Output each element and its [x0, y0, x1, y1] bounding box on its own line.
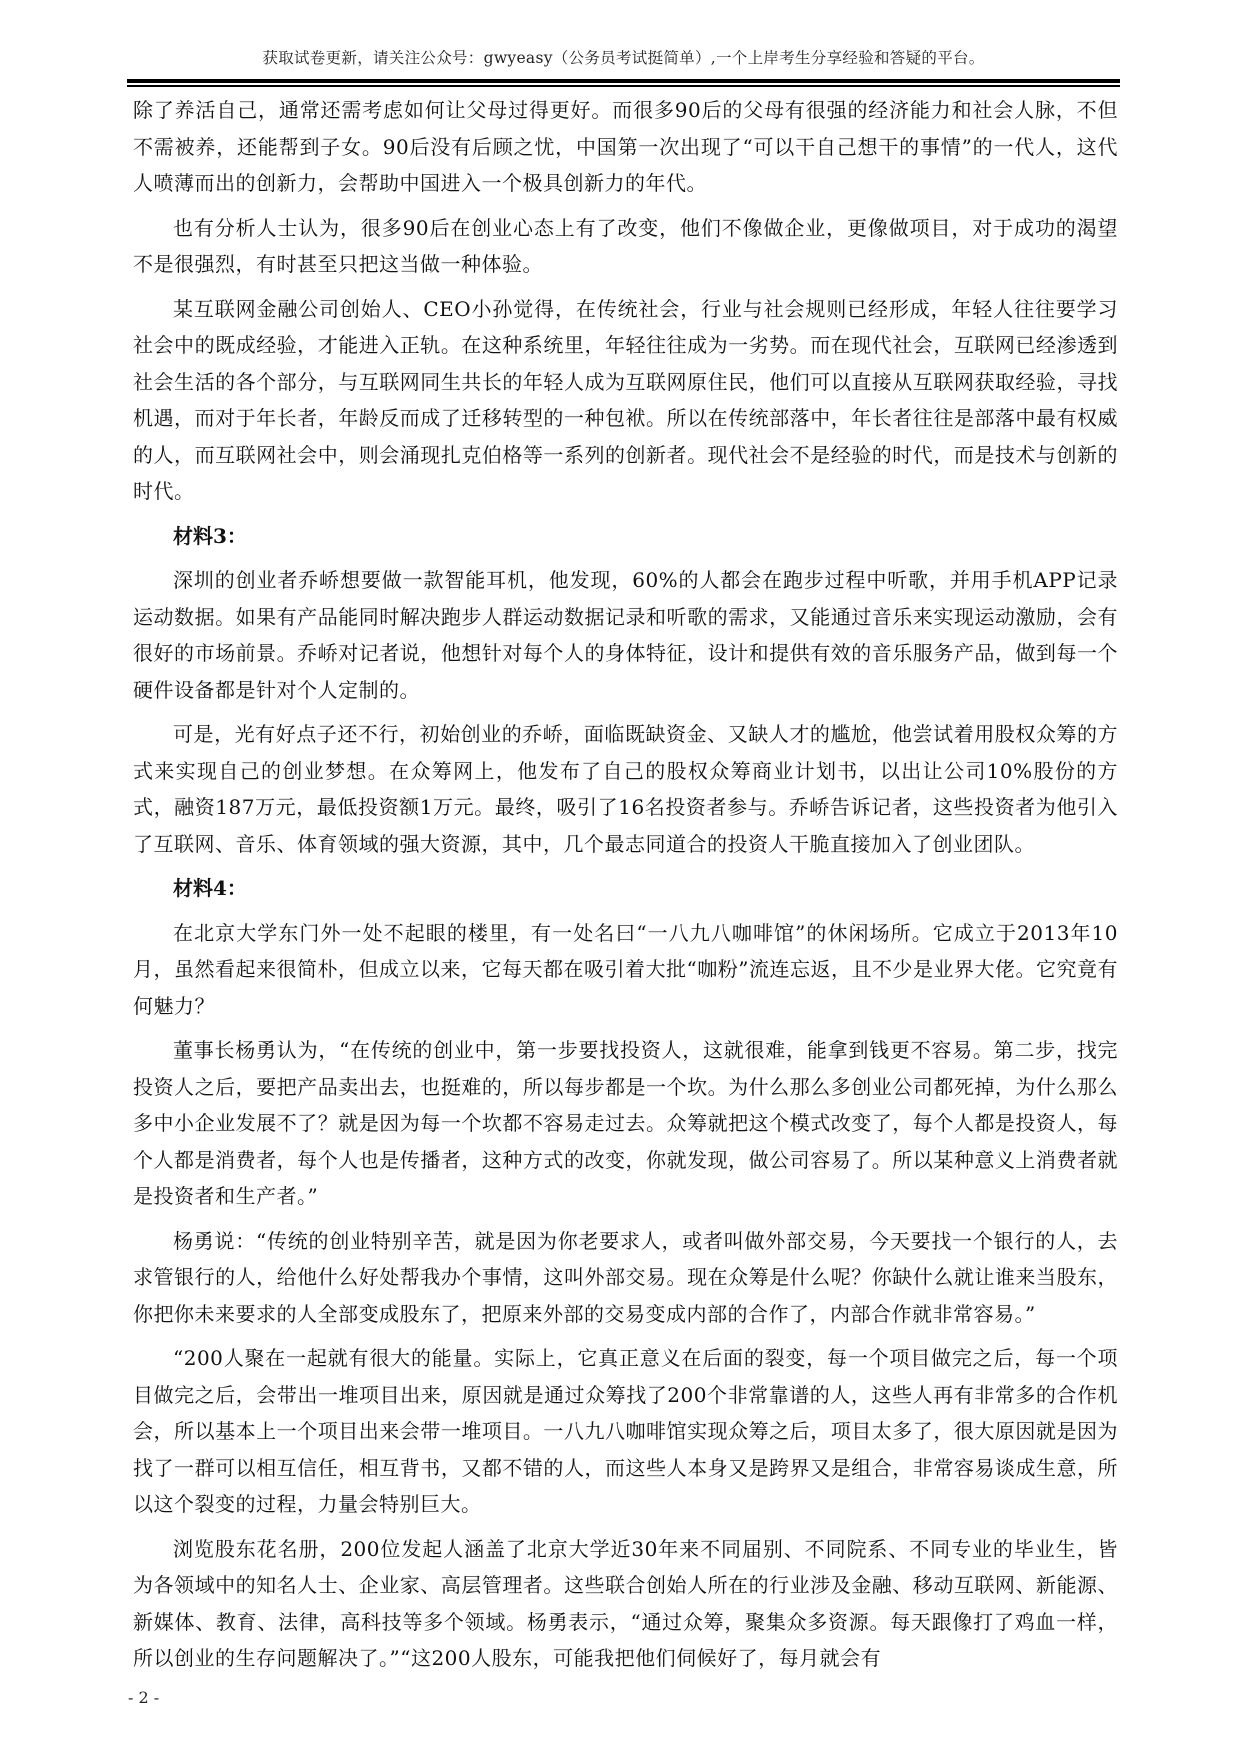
- paragraph: 某互联网金融公司创始人、CEO小孙觉得，在传统社会，行业与社会规则已经形成，年轻…: [133, 291, 1118, 510]
- header-notice: 获取试卷更新，请关注公众号：gwyeasy（公务员考试挺简单）,一个上岸考生分享…: [127, 46, 1120, 68]
- paragraph: 深圳的创业者乔峤想要做一款智能耳机，他发现，60%的人都会在跑步过程中听歌，并用…: [133, 562, 1118, 708]
- paragraph: 在北京大学东门外一处不起眼的楼里，有一处名曰“一八九八咖啡馆”的休闲场所。它成立…: [133, 915, 1118, 1025]
- section-heading-material-4: 材料4：: [133, 870, 1118, 907]
- page-number: - 2 -: [128, 1688, 159, 1707]
- document-body: 除了养活自己，通常还需考虑如何让父母过得更好。而很多90后的父母有很强的经济能力…: [133, 92, 1118, 1685]
- paragraph: 除了养活自己，通常还需考虑如何让父母过得更好。而很多90后的父母有很强的经济能力…: [133, 92, 1118, 202]
- paragraph: 董事长杨勇认为，“在传统的创业中，第一步要找投资人，这就很难，能拿到钱更不容易。…: [133, 1032, 1118, 1215]
- paragraph: 杨勇说：“传统的创业特别辛苦，就是因为你老要求人，或者叫做外部交易，今天要找一个…: [133, 1223, 1118, 1333]
- paragraph: 可是，光有好点子还不行，初始创业的乔峤，面临既缺资金、又缺人才的尴尬，他尝试着用…: [133, 716, 1118, 862]
- section-heading-material-3: 材料3：: [133, 518, 1118, 555]
- paragraph: 也有分析人士认为，很多90后在创业心态上有了改变，他们不像做企业，更像做项目，对…: [133, 210, 1118, 283]
- header-rule-thin: [127, 85, 1120, 87]
- header-rule-thick: [127, 79, 1120, 83]
- paragraph: “200人聚在一起就有很大的能量。实际上，它真正意义在后面的裂变，每一个项目做完…: [133, 1340, 1118, 1523]
- paragraph: 浏览股东花名册，200位发起人涵盖了北京大学近30年来不同届别、不同院系、不同专…: [133, 1531, 1118, 1677]
